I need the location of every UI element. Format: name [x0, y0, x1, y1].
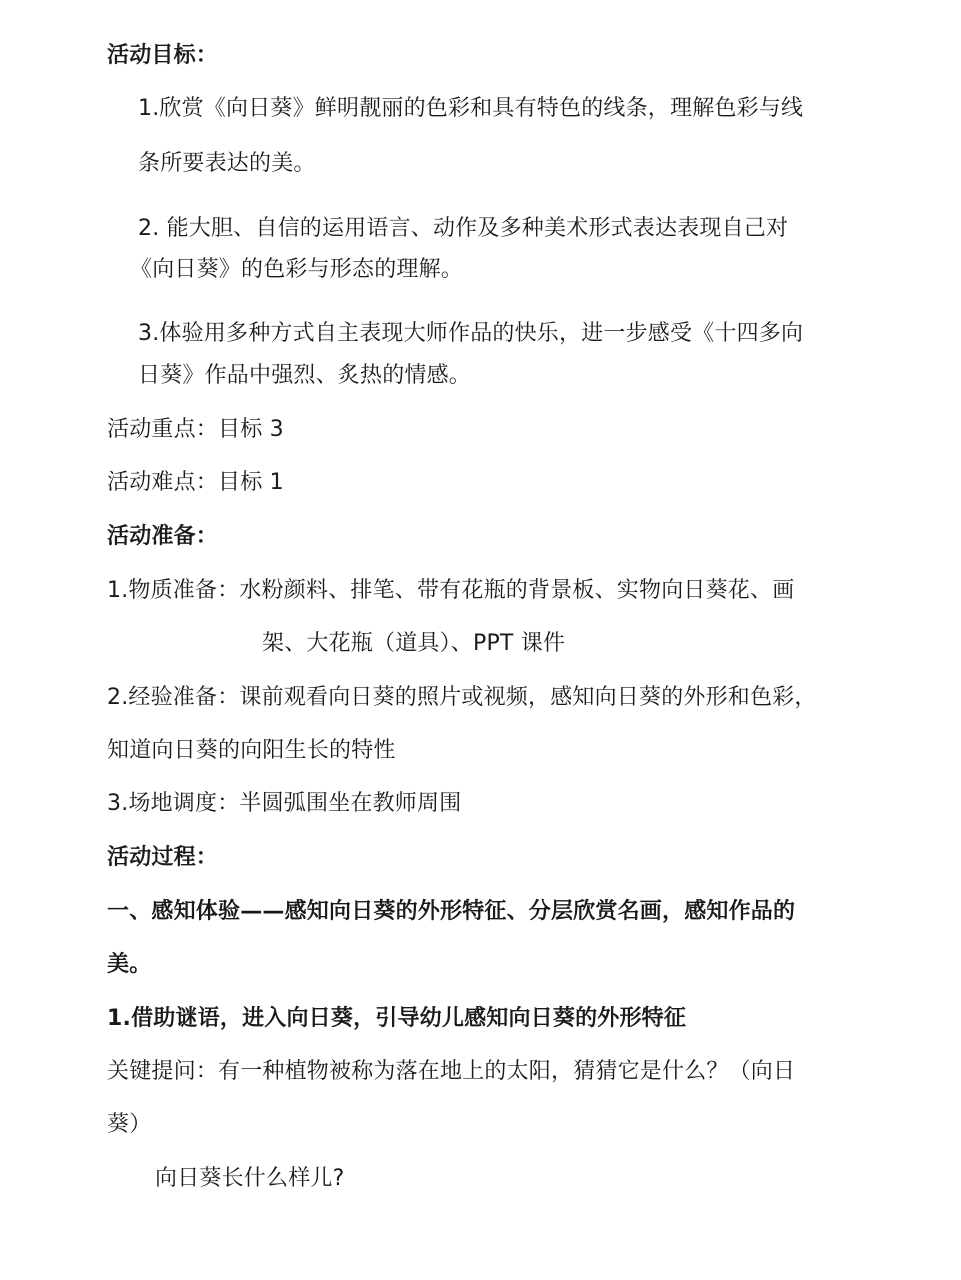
preparation-heading: 活动准备： — [107, 523, 218, 551]
objective-2-line-2: 《向日葵》的色彩与形态的理解。 — [130, 256, 463, 284]
key-question-line-1: 关键提问：有一种植物被称为落在地上的太阳，猜猜它是什么？（向日 — [107, 1058, 795, 1086]
objective-1-line-2: 条所要表达的美。 — [138, 150, 316, 178]
objective-3-line-2: 日葵》作品中强烈、炙热的情感。 — [138, 362, 471, 390]
difficulty: 活动难点：目标 1 — [107, 469, 284, 497]
objective-3-line-1: 3.体验用多种方式自主表现大师作品的快乐，进一步感受《十四多向 — [138, 320, 803, 348]
objective-2-line-1: 2. 能大胆、自信的运用语言、动作及多种美术形式表达表现自己对 — [138, 215, 788, 243]
section-1-line-2: 美。 — [107, 951, 151, 979]
process-heading: 活动过程： — [107, 844, 218, 872]
section-1-line-1: 一、感知体验——感知向日葵的外形特征、分层欣赏名画，感知作品的 — [107, 898, 795, 926]
prep-1-line-2: 架、大花瓶（道具）、PPT 课件 — [262, 630, 565, 658]
followup-question: 向日葵长什么样儿? — [155, 1165, 344, 1193]
objective-1-line-1: 1.欣赏《向日葵》鲜明靓丽的色彩和具有特色的线条，理解色彩与线 — [138, 95, 803, 123]
step-1-title: 1.借助谜语，进入向日葵，引导幼儿感知向日葵的外形特征 — [107, 1005, 686, 1033]
key-point: 活动重点：目标 3 — [107, 416, 284, 444]
prep-2-line-2: 知道向日葵的向阳生长的特性 — [107, 737, 396, 765]
key-question-line-2: 葵） — [107, 1111, 151, 1139]
prep-2-line-1: 2.经验准备：课前观看向日葵的照片或视频，感知向日葵的外形和色彩， — [107, 684, 817, 712]
objectives-heading: 活动目标： — [107, 42, 218, 70]
prep-1-line-1: 1.物质准备：水粉颜料、排笔、带有花瓶的背景板、实物向日葵花、画 — [107, 577, 794, 605]
prep-3: 3.场地调度：半圆弧围坐在教师周围 — [107, 790, 461, 818]
